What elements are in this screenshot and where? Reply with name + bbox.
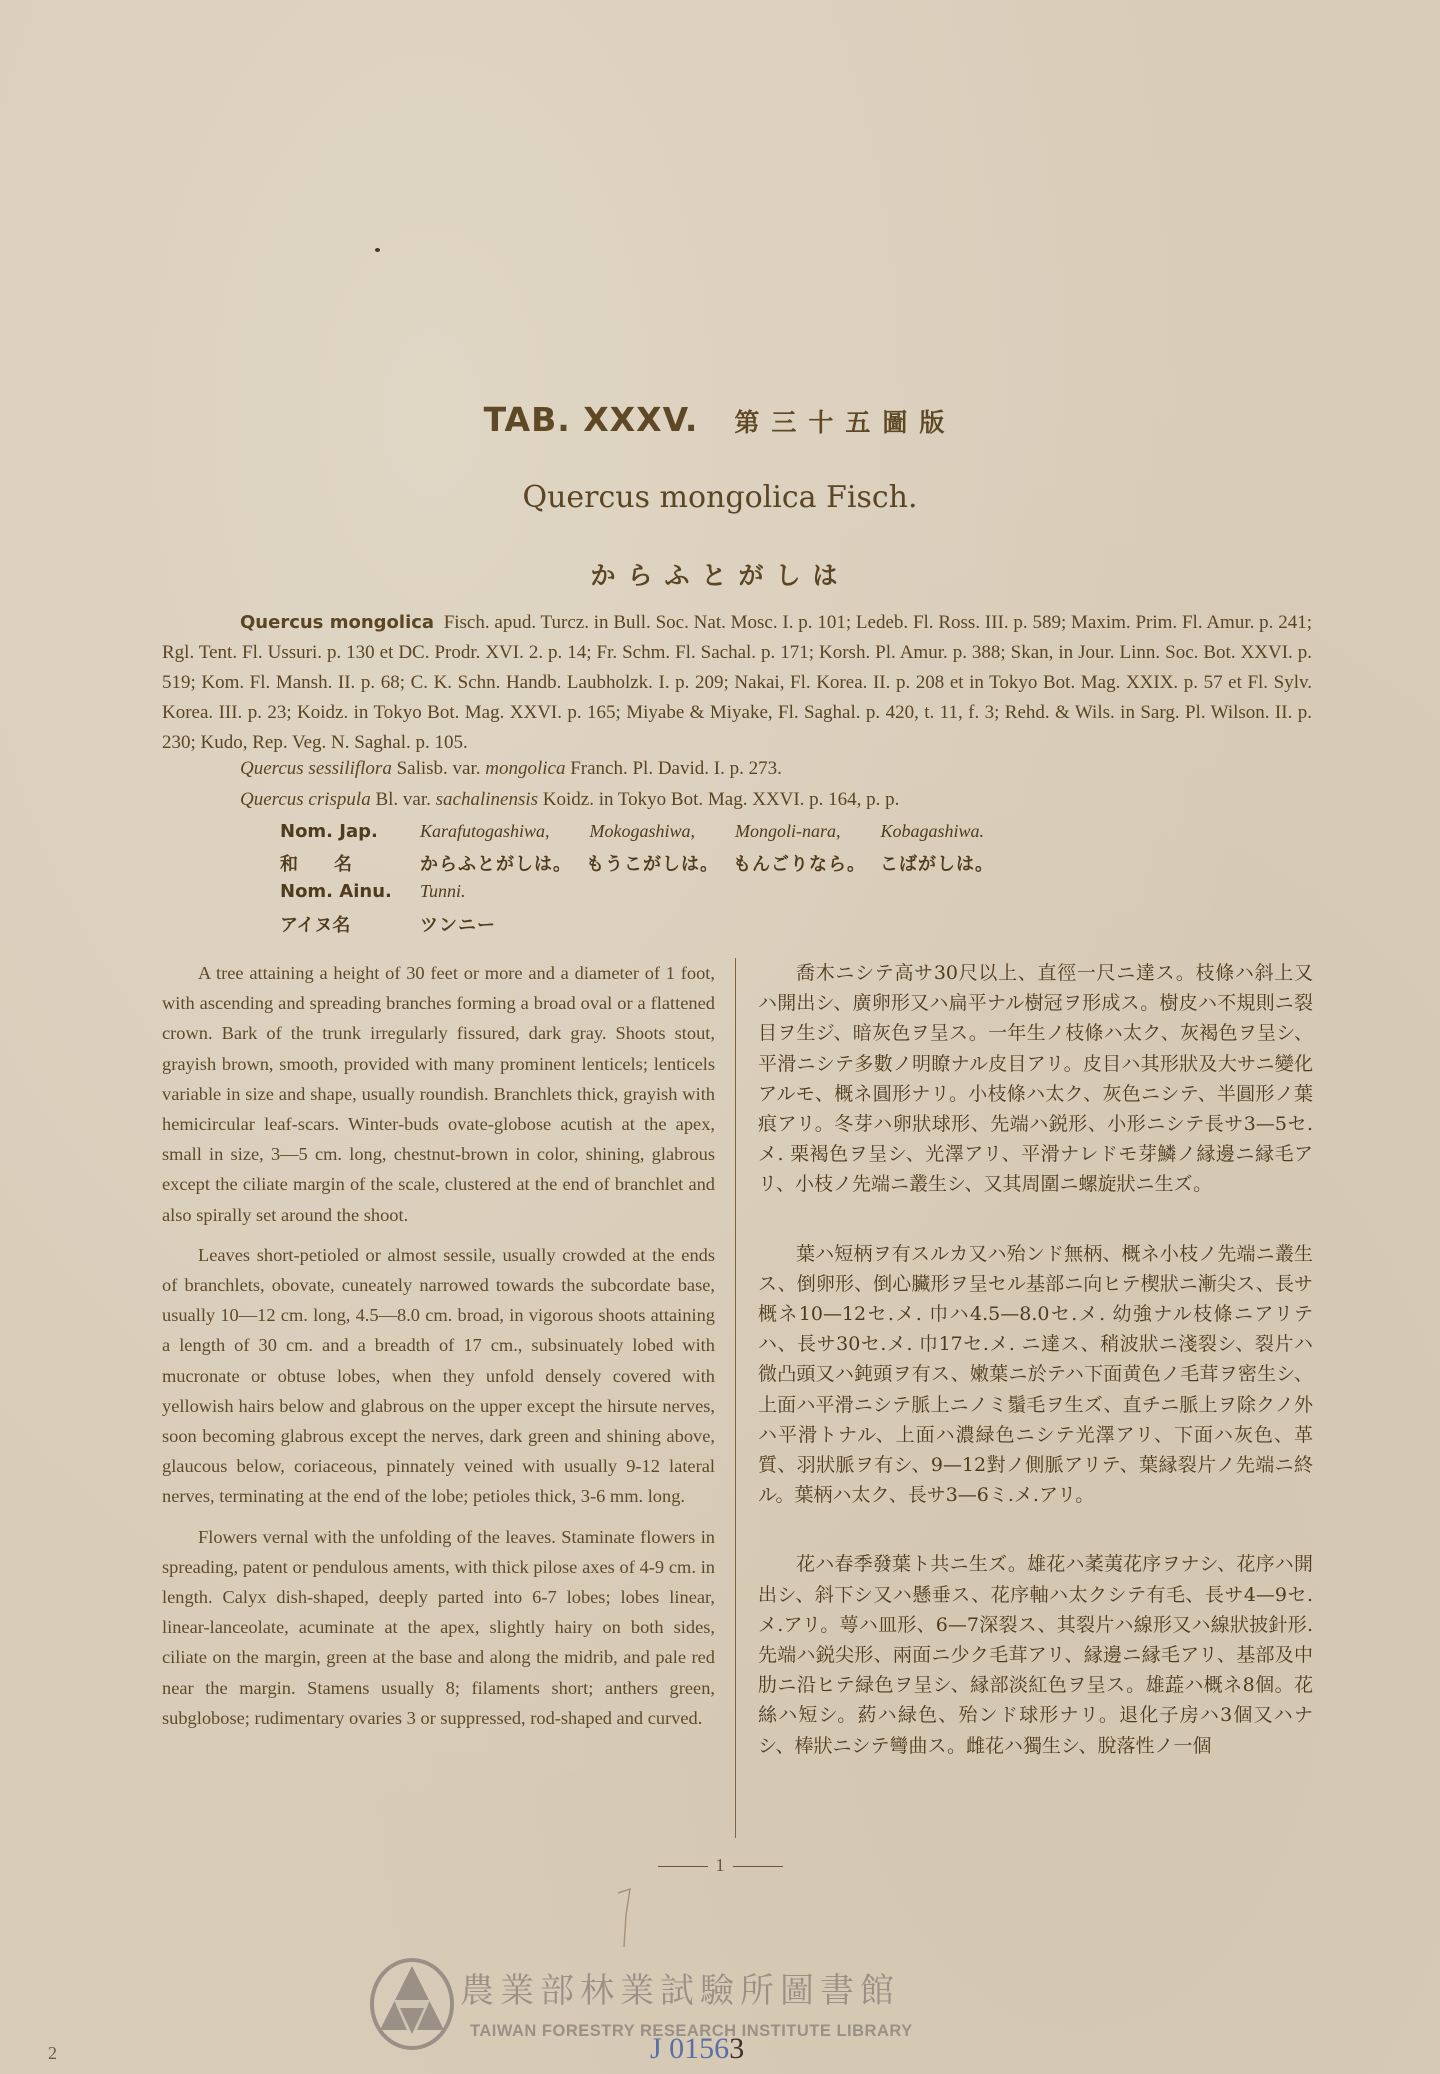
nom-ainu-row: Nom. Ainu.Tunni. [280, 880, 466, 902]
kana-name: からふとがしは [0, 556, 1440, 592]
synonym-1: Quercus sessiliflora Salisb. var. mongol… [240, 758, 782, 780]
japanese-description: 喬木ニシテ高サ30尺以上、直徑一尺ニ達ス。枝條ハ斜上又ハ開出シ、廣卵形又ハ扁平ナ… [758, 958, 1313, 1761]
paragraph-leaves-jp: 葉ハ短柄ヲ有スルカ又ハ殆ンド無柄、概ネ小枝ノ先端ニ叢生ス、倒卵形、倒心臟形ヲ呈セ… [758, 1239, 1313, 1511]
page-number: 1 [0, 1855, 1440, 1876]
paragraph-habit: A tree attaining a height of 30 feet or … [162, 958, 715, 1230]
synonym-2: Quercus crispula Bl. var. sachalinensis … [240, 789, 899, 811]
accession-number: J 01563 [650, 2032, 744, 2066]
corner-pencil-mark: 2 [48, 2043, 57, 2064]
citation-text: Fisch. apud. Turcz. in Bull. Soc. Nat. M… [162, 612, 1312, 753]
plate-label: TAB. XXXV. [484, 400, 699, 439]
english-description: A tree attaining a height of 30 feet or … [162, 958, 715, 1733]
paragraph-flowers-jp: 花ハ春季發葉ト共ニ生ズ。雄花ハ葇荑花序ヲナシ、花序ハ開出シ、斜下シ又ハ懸垂ス、花… [758, 1549, 1313, 1760]
nom-jap-row: Nom. Jap.Karafutogashiwa,Mokogashiwa,Mon… [280, 820, 1024, 842]
column-divider [735, 958, 736, 1838]
library-name-cn: 農業部林業試驗所圖書館 [460, 1963, 900, 2012]
wamei-label: 和 名 [280, 850, 420, 876]
citation-block: Quercus mongolica Fisch. apud. Turcz. in… [162, 608, 1312, 758]
wamei-row: 和 名からふとがしは。もうこがしは。もんごりなら。こばがしは。 [280, 850, 1008, 876]
ainu-label: アイヌ名 [280, 911, 420, 937]
paper-speck [375, 248, 380, 252]
library-logo-icon [364, 1950, 460, 2054]
pencil-mark-icon [612, 1885, 642, 1955]
ainu-name-row: アイヌ名ツンニー [280, 911, 496, 937]
citation-name: Quercus mongolica [240, 612, 434, 633]
nom-jap-label: Nom. Jap. [280, 821, 420, 842]
plate-title: TAB. XXXV.第三十五圖版 [0, 400, 1440, 439]
plate-label-jp: 第三十五圖版 [734, 408, 956, 437]
paragraph-flowers: Flowers vernal with the unfolding of the… [162, 1522, 715, 1733]
paragraph-leaves: Leaves short-petioled or almost sessile,… [162, 1240, 715, 1512]
paragraph-habit-jp: 喬木ニシテ高サ30尺以上、直徑一尺ニ達ス。枝條ハ斜上又ハ開出シ、廣卵形又ハ扁平ナ… [758, 958, 1313, 1200]
species-name: Quercus mongolica Fisch. [0, 480, 1440, 515]
nom-ainu-label: Nom. Ainu. [280, 881, 420, 902]
